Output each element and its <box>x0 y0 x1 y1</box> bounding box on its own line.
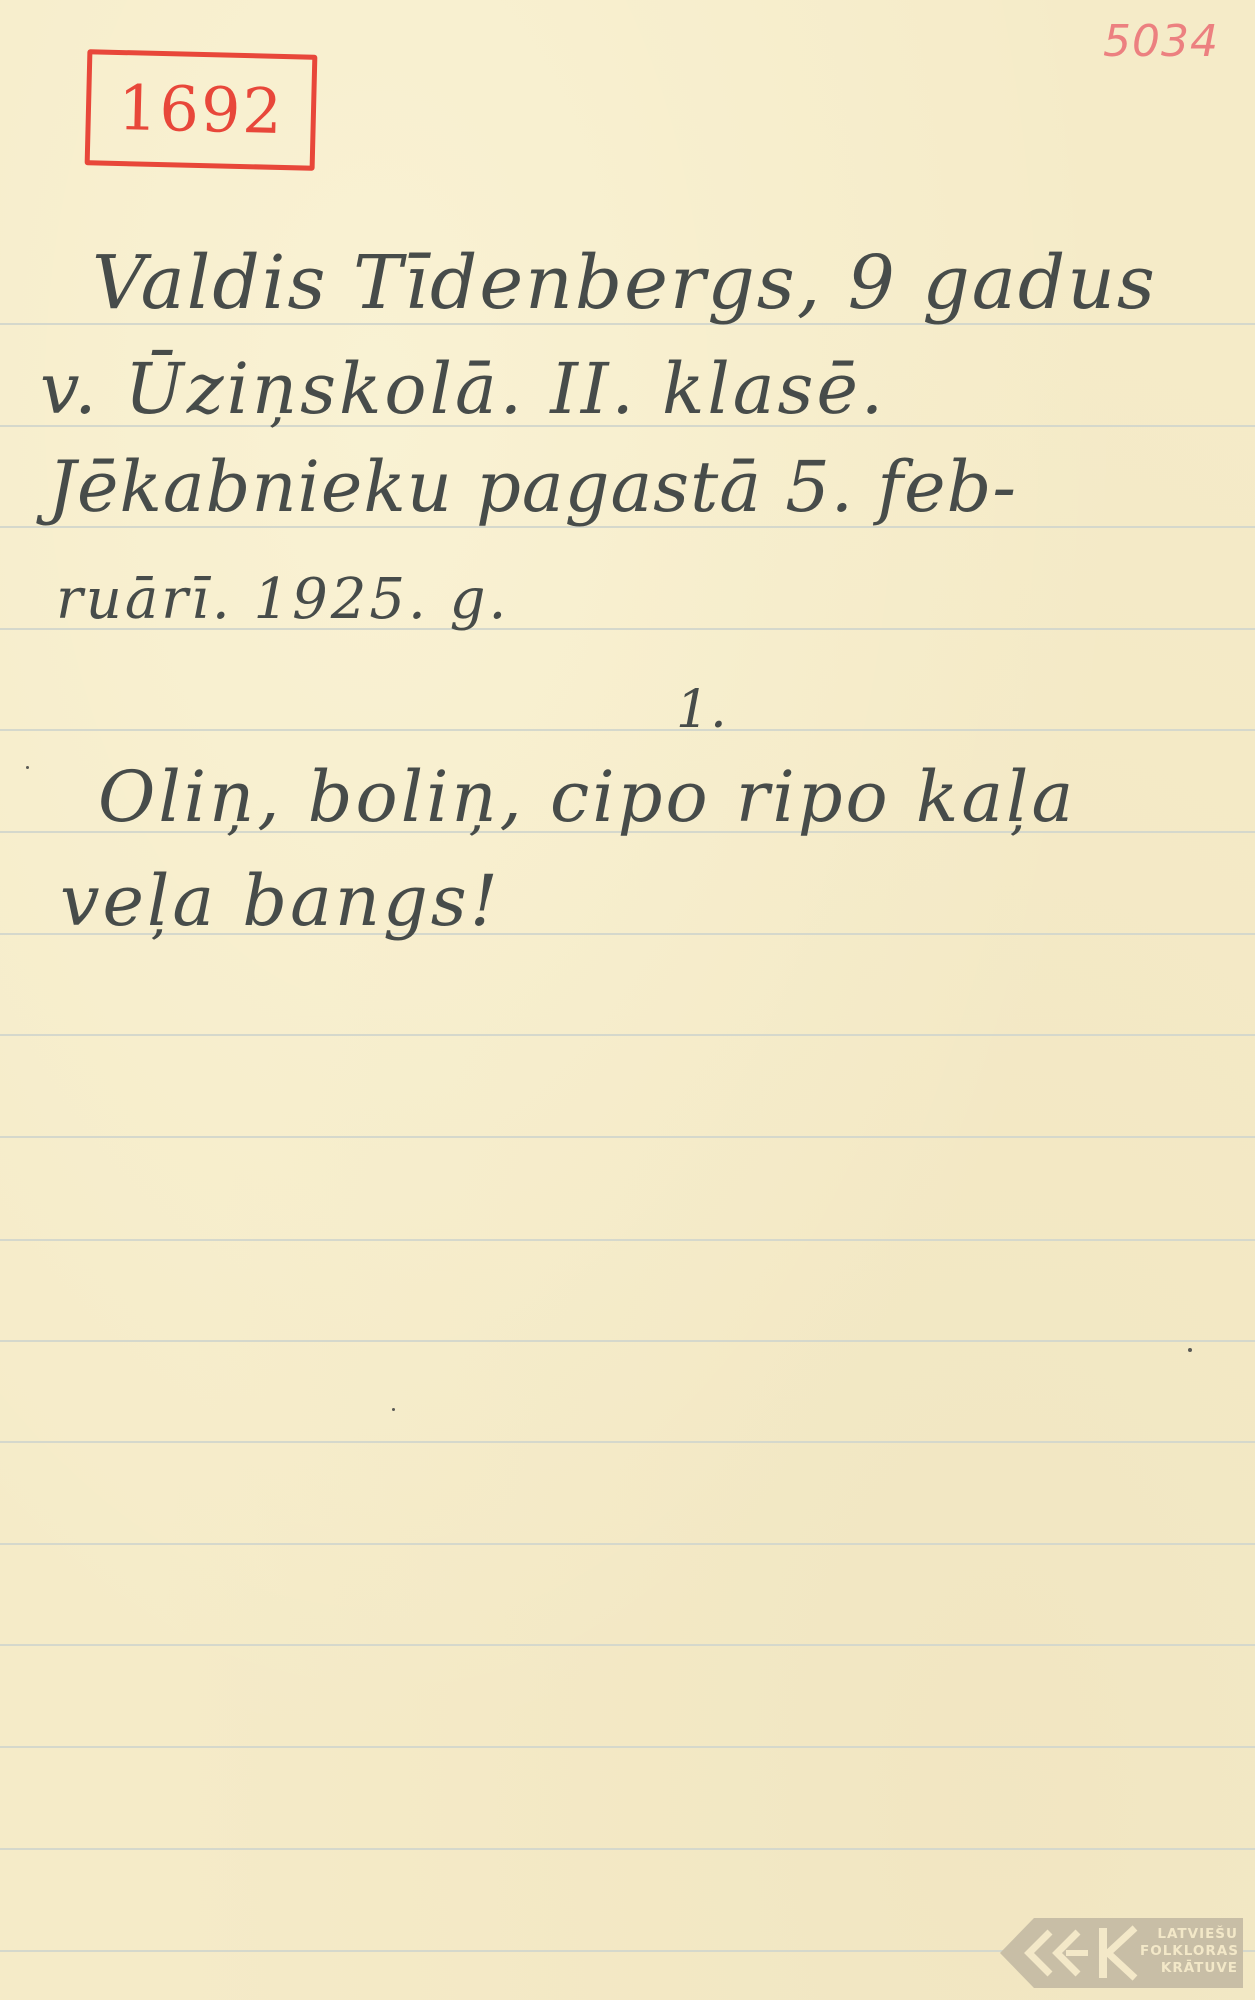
ruled-line <box>0 1441 1255 1443</box>
ruled-line <box>0 1644 1255 1646</box>
ruled-line <box>0 1543 1255 1545</box>
ruled-line <box>0 1746 1255 1748</box>
ink-speck <box>392 1408 395 1411</box>
verse-line: Oliņ, boliņ, cipo ripo kaļa <box>98 762 1076 832</box>
header-line-school: v. Ūziņskolā. II. klasē. <box>40 354 886 424</box>
archive-number: 5034 <box>1103 20 1219 64</box>
logo-line: KRĀTUVE <box>1140 1960 1238 1977</box>
ruled-line <box>0 1034 1255 1036</box>
header-line-date: ruārī. 1925. g. <box>56 572 509 628</box>
item-number: 1. <box>676 684 728 736</box>
header-line-informant: Valdis Tīdenbergs, 9 gadus <box>92 246 1157 320</box>
ruled-line <box>0 1136 1255 1138</box>
ink-speck <box>26 766 29 769</box>
ruled-line <box>0 1239 1255 1241</box>
catalog-number-box: 1692 <box>85 49 318 171</box>
catalog-number: 1692 <box>90 76 311 143</box>
ink-speck <box>1188 1348 1192 1352</box>
verse-line: veļa bangs! <box>60 866 501 936</box>
logo-line: LATVIEŠU <box>1140 1926 1238 1943</box>
header-line-parish: Jēkabnieku pagastā 5. feb- <box>48 452 1017 522</box>
logo-line: FOLKLORAS <box>1140 1943 1238 1960</box>
ruled-line <box>0 729 1255 731</box>
archive-logo: LATVIEŠU FOLKLORAS KRĀTUVE <box>1000 1918 1243 1988</box>
manuscript-page: 1692 5034 Valdis Tīdenbergs, 9 gadus v. … <box>0 0 1255 2000</box>
ruled-line <box>0 1340 1255 1342</box>
logo-text: LATVIEŠU FOLKLORAS KRĀTUVE <box>1140 1926 1238 1977</box>
ruled-line <box>0 1848 1255 1850</box>
